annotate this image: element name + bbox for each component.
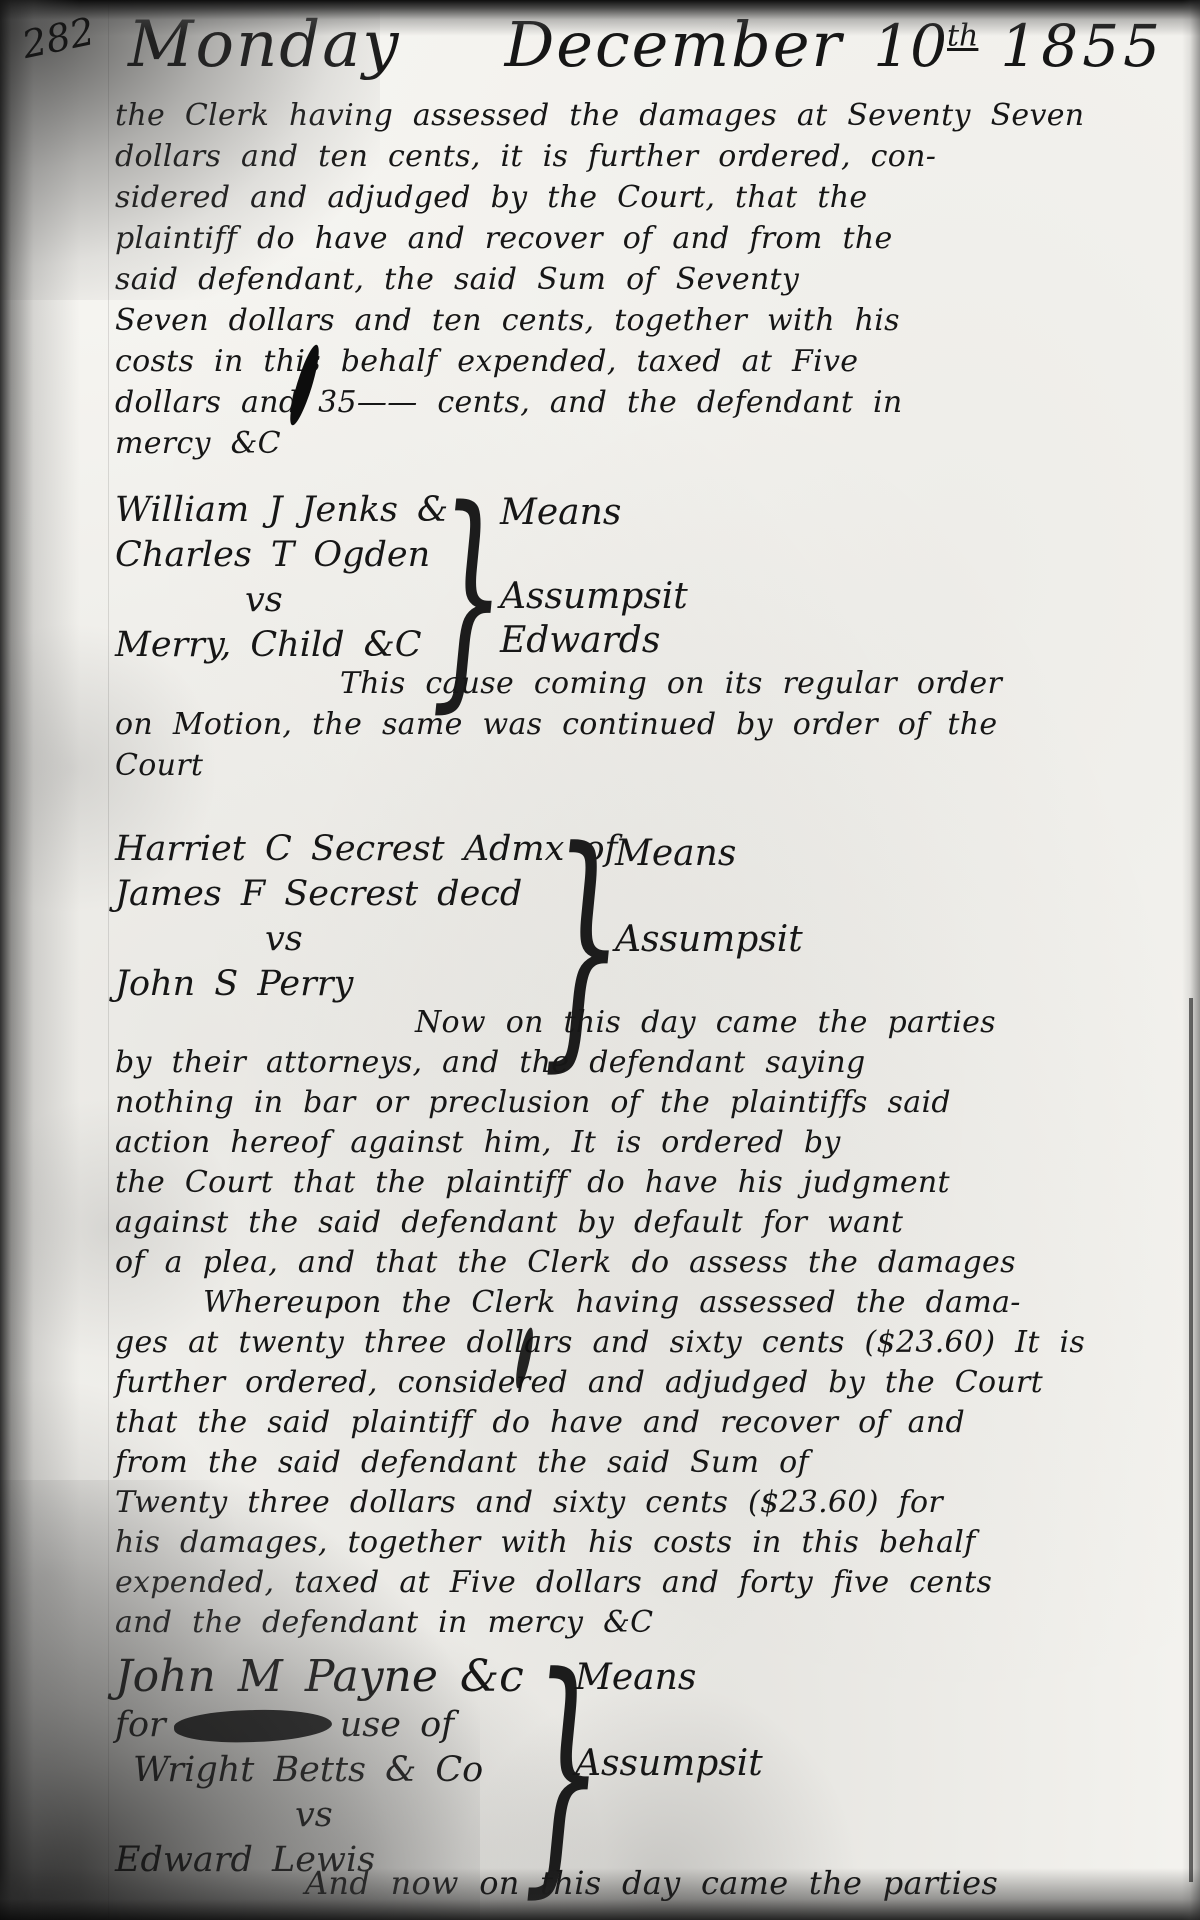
- manuscript-line: dollars and ten cents, it is further ord…: [115, 136, 1185, 177]
- case-annotations: Means Assumpsit: [575, 1651, 975, 1871]
- case-annotations: Means Assumpsit Edwards: [500, 488, 900, 668]
- attorney-name: Means: [575, 1657, 696, 1698]
- manuscript-line: Whereupon the Clerk having assessed the …: [115, 1283, 1185, 1323]
- attorney-name: Means: [500, 492, 621, 533]
- manuscript-line: on Motion, the same was continued by ord…: [115, 704, 1185, 745]
- manuscript-line: of a plea, and that the Clerk do assess …: [115, 1243, 1185, 1283]
- manuscript-line: and the defendant in mercy &C: [115, 1603, 1185, 1643]
- header-month: December: [505, 8, 844, 81]
- manuscript-line: the Court that the plaintiff do have his…: [115, 1163, 1185, 1203]
- court-order-paragraph-2: This cause coming on its regular order o…: [115, 663, 1185, 786]
- manuscript-line: nothing in bar or preclusion of the plai…: [115, 1083, 1185, 1123]
- attorney-name: Means: [615, 833, 736, 874]
- manuscript-line: dollars and 35—— cents, and the defendan…: [115, 382, 1185, 423]
- manuscript-line: said defendant, the said Sum of Seventy: [115, 259, 1185, 300]
- action-type-label: Assumpsit: [615, 919, 803, 960]
- manuscript-line: plaintiff do have and recover of and fro…: [115, 218, 1185, 259]
- manuscript-line: ges at twenty three dollars and sixty ce…: [115, 1323, 1185, 1363]
- manuscript-line: further ordered, considered and adjudged…: [115, 1363, 1185, 1403]
- manuscript-line: expended, taxed at Five dollars and fort…: [115, 1563, 1185, 1603]
- manuscript-line: by their attorneys, and the defendant sa…: [115, 1043, 1185, 1083]
- manuscript-line: action hereof against him, It is ordered…: [115, 1123, 1185, 1163]
- margin-rule-line: [108, 0, 109, 1920]
- ink-blot: [173, 1707, 332, 1744]
- scan-edge-left: [0, 0, 80, 1920]
- page-number: 282: [18, 9, 98, 67]
- court-record-page: 282 Monday December 10th 1855 the Clerk …: [0, 0, 1200, 1920]
- manuscript-line: his damages, together with his costs in …: [115, 1523, 1185, 1563]
- action-type-label: Assumpsit: [575, 1743, 763, 1784]
- court-order-paragraph-1: the Clerk having assessed the damages at…: [115, 95, 1185, 464]
- manuscript-line: mercy &C: [115, 423, 1185, 464]
- manuscript-line: costs in this behalf expended, taxed at …: [115, 341, 1185, 382]
- manuscript-line: the Clerk having assessed the damages at…: [115, 95, 1185, 136]
- case-caption-jenks-v-merry: William J Jenks & Charles T Ogden vs Mer…: [115, 488, 1185, 668]
- scan-edge-rule-line: [1189, 998, 1193, 1881]
- manuscript-line: Now on this day came the parties: [115, 1003, 1185, 1043]
- manuscript-line: against the said defendant by default fo…: [115, 1203, 1185, 1243]
- closing-line: And now on this day came the parties: [305, 1863, 1200, 1904]
- attorney-name: Edwards: [500, 620, 660, 661]
- court-order-paragraph-3: Now on this day came the parties by thei…: [115, 1003, 1185, 1643]
- page-header: Monday December 10th 1855: [128, 8, 1164, 82]
- manuscript-line: Twenty three dollars and sixty cents ($2…: [115, 1483, 1185, 1523]
- header-day-number: 10th: [873, 12, 978, 80]
- case-caption-secrest-v-perry: Harriet C Secrest Admx of James F Secres…: [115, 827, 1185, 1017]
- manuscript-line: from the said defendant the said Sum of: [115, 1443, 1185, 1483]
- header-day: Monday: [128, 8, 401, 82]
- manuscript-line: sidered and adjudged by the Court, that …: [115, 177, 1185, 218]
- manuscript-line: This cause coming on its regular order: [115, 663, 1185, 704]
- manuscript-line: And now on this day came the parties: [305, 1863, 1200, 1904]
- header-ordinal: th: [947, 19, 978, 54]
- case-caption-payne-v-lewis: John M Payne &c foruse of Wright Betts &…: [115, 1651, 1185, 1876]
- manuscript-line: Seven dollars and ten cents, together wi…: [115, 300, 1185, 341]
- header-year: 1855: [1000, 12, 1164, 80]
- manuscript-line: Court: [115, 745, 1185, 786]
- case-annotations: Means Assumpsit: [615, 827, 1015, 1017]
- manuscript-line: that the said plaintiff do have and reco…: [115, 1403, 1185, 1443]
- action-type-label: Assumpsit: [500, 576, 688, 617]
